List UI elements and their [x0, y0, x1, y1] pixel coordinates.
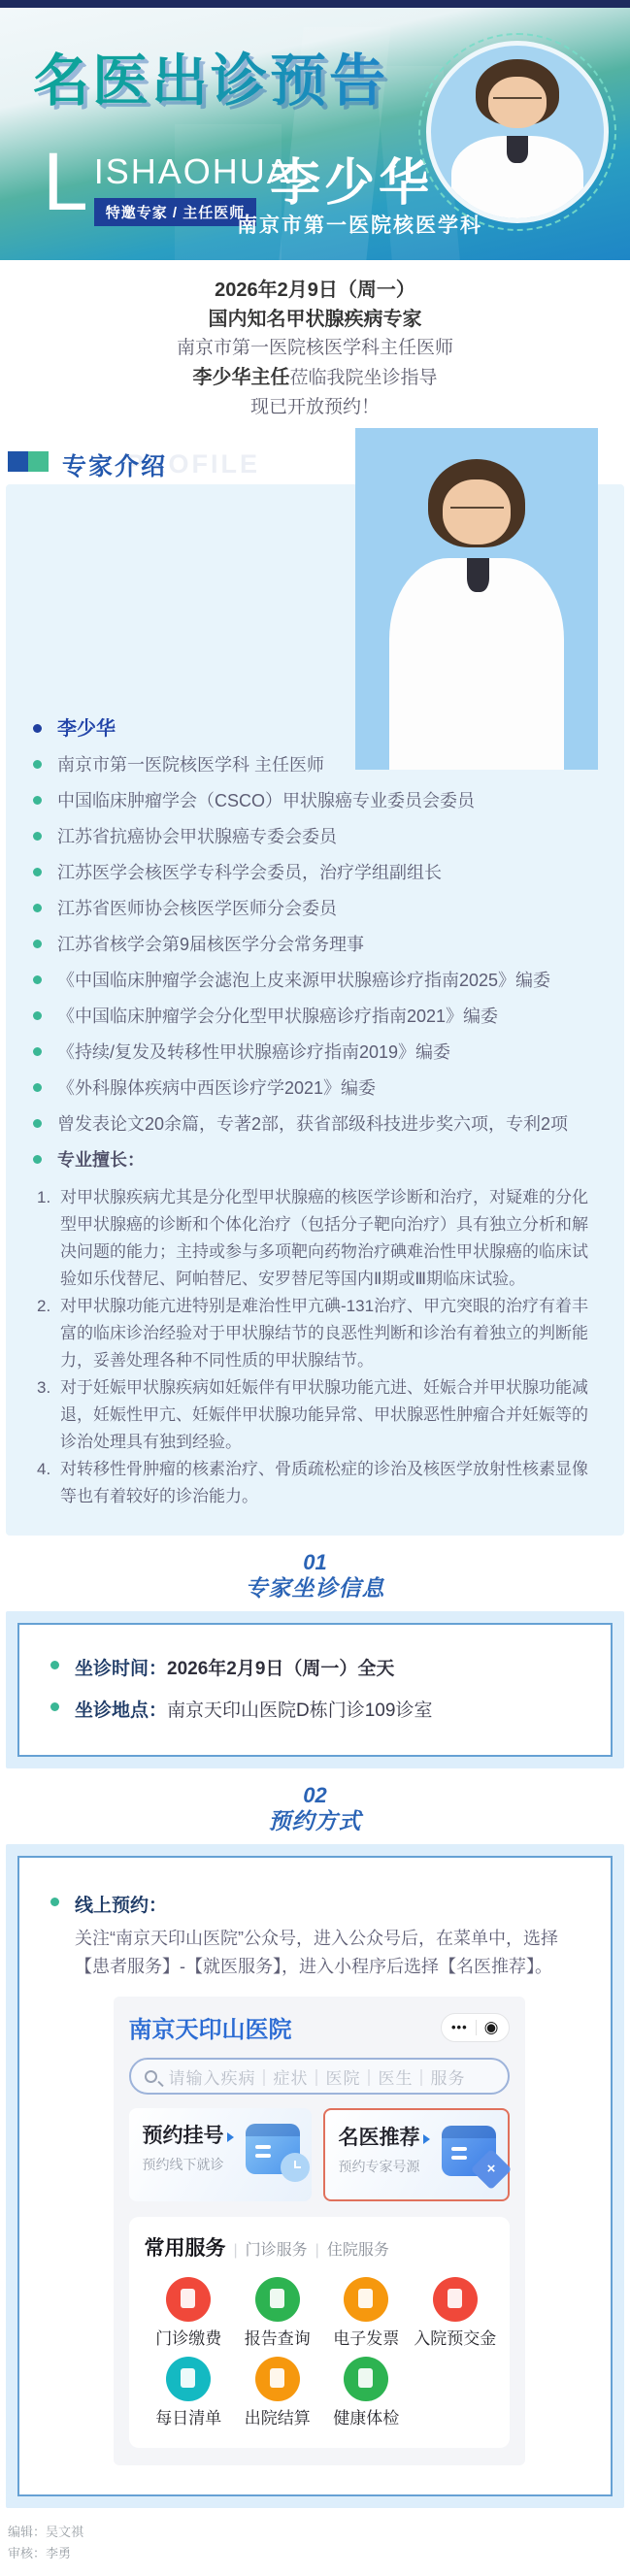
section01-number: 01 — [0, 1551, 630, 1574]
intro-open-booking: 现已开放预约！ — [0, 393, 630, 422]
article-page: 名医出诊预告 L ISHAOHUA 特邀专家 / 主任医师 李少华 南京市第一医… — [0, 0, 630, 2576]
banner: 名医出诊预告 L ISHAOHUA 特邀专家 / 主任医师 李少华 南京市第一医… — [0, 8, 630, 260]
list-item: 中国临床肿瘤学会（CSCO）甲状腺癌专业委员会委员 — [31, 789, 599, 812]
visit-place-value: 南京天印山医院D栋门诊109诊室 — [167, 1696, 432, 1722]
services-title: 常用服务 — [145, 2232, 226, 2262]
list-item: 江苏省核学会第9届核医学分会常务理事 — [31, 933, 599, 956]
list-item: 《中国临床肿瘤学会分化型甲状腺癌诊疗指南2021》编委 — [31, 1005, 599, 1028]
credential-text: 江苏省医师协会核医学医师分会委员 — [57, 897, 337, 920]
daily-list-icon — [166, 2357, 211, 2401]
visit-info-box: 坐诊时间： 2026年2月9日（周一）全天 坐诊地点： 南京天印山医院D栋门诊1… — [17, 1623, 613, 1757]
divider: | — [315, 2242, 319, 2260]
section01-strip: 坐诊时间： 2026年2月9日（周一）全天 坐诊地点： 南京天印山医院D栋门诊1… — [6, 1611, 624, 1768]
arrow-icon — [227, 2132, 234, 2142]
avatar-photo — [426, 41, 609, 223]
card-appointment-title: 预约挂号 — [143, 2120, 224, 2149]
blue-square-icon — [8, 451, 28, 472]
services-header: 常用服务 | 门诊服务 | 住院服务 — [145, 2232, 500, 2262]
capsule-divider — [476, 2020, 477, 2035]
credential-text: 《持续/复发及转移性甲状腺癌诊疗指南2019》编委 — [57, 1040, 450, 1064]
expert-badge: 特邀专家 / 主任医师 — [94, 198, 257, 226]
expertise-list: 对甲状腺疾病尤其是分化型甲状腺癌的核医学诊断和治疗，对疑难的分化型甲状腺癌的诊断… — [37, 1184, 599, 1510]
portrait-glasses — [450, 507, 504, 520]
intro-expert-title: 国内知名甲状腺疾病专家 — [0, 305, 630, 334]
avatar-glasses — [493, 97, 542, 104]
credential-name: 李少华 — [57, 717, 116, 741]
search-input[interactable]: 请输入疾病｜症状｜医院｜医生｜服务 — [129, 2058, 510, 2095]
editor-credit: 编辑：吴文祺 — [8, 2522, 630, 2543]
bullet-icon — [33, 1155, 42, 1164]
visit-place-row: 坐诊地点： 南京天印山医院D栋门诊109诊室 — [49, 1696, 593, 1722]
capsule-close-icon[interactable]: ◉ — [484, 2019, 499, 2035]
section01-title: 专家坐诊信息 — [0, 1574, 630, 1602]
list-item: 江苏医学会核医学专科学会委员，治疗学组副组长 — [31, 861, 599, 884]
banner-initial: L — [43, 144, 88, 219]
tab-outpatient-services[interactable]: 门诊服务 — [246, 2237, 308, 2260]
booking-box: 线上预约： 关注“南京天印山医院”公众号，进入公众号后，在菜单中，选择【患者服务… — [17, 1856, 613, 2496]
settlement-icon — [255, 2357, 300, 2401]
service-label: 每日清单 — [145, 2409, 234, 2428]
calendar-icon: × — [442, 2126, 496, 2176]
deposit-icon — [433, 2277, 478, 2322]
bullet-icon — [33, 940, 42, 948]
section02-number: 02 — [0, 1784, 630, 1807]
expertise-item: 对甲状腺功能亢进特别是难治性甲亢碘-131治疗、甲亢突眼的治疗有着丰富的临床诊治… — [37, 1293, 599, 1374]
list-item: 专业擅长： — [31, 1148, 599, 1172]
miniapp-header: 南京天印山医院 ••• ◉ — [129, 2010, 510, 2044]
report-icon — [255, 2277, 300, 2322]
list-item: 曾发表论文20余篇，专著2部，获省部级科技进步奖六项，专利2项 — [31, 1112, 599, 1136]
bullet-icon — [33, 1083, 42, 1092]
services-grid: 门诊缴费 报告查询 电子发票 入院预交金 — [145, 2277, 500, 2428]
service-health-checkup[interactable]: 健康体检 — [322, 2357, 412, 2428]
intro-block: 2026年2月9日（周一） 国内知名甲状腺疾病专家 南京市第一医院核医学科主任医… — [0, 260, 630, 444]
green-square-icon — [28, 451, 49, 472]
card-famous-doctor-title: 名医推荐 — [339, 2122, 420, 2151]
service-e-invoice[interactable]: 电子发票 — [322, 2277, 412, 2349]
bullet-icon — [33, 868, 42, 876]
clock-badge-icon — [281, 2153, 310, 2182]
credential-text: 《中国临床肿瘤学会分化型甲状腺癌诊疗指南2021》编委 — [57, 1005, 498, 1028]
close-glyph: × — [477, 2155, 506, 2184]
credential-text: 中国临床肿瘤学会（CSCO）甲状腺癌专业委员会委员 — [57, 789, 475, 812]
calendar-icon — [246, 2124, 300, 2174]
bullet-icon — [33, 760, 42, 769]
close-badge-icon: × — [470, 2149, 511, 2190]
expertise-item: 对甲状腺疾病尤其是分化型甲状腺癌的核医学诊断和治疗，对疑难的分化型甲状腺癌的诊断… — [37, 1184, 599, 1293]
feature-cards: 预约挂号 预约线下就诊 名医推荐 预约专家号源 × — [129, 2108, 510, 2201]
bullet-icon — [33, 1011, 42, 1020]
search-placeholder: 请输入疾病｜症状｜医院｜医生｜服务 — [169, 2064, 466, 2089]
service-label: 报告查询 — [233, 2329, 322, 2349]
service-label: 入院预交金 — [411, 2329, 500, 2349]
intro-visit-line: 李少华主任莅临我院坐诊指导 — [0, 363, 630, 393]
doctor-avatar — [418, 33, 616, 231]
expertise-label: 专业擅长： — [57, 1148, 145, 1172]
service-discharge-settlement[interactable]: 出院结算 — [233, 2357, 322, 2428]
bullet-icon — [50, 1898, 59, 1906]
section01-header: 01 专家坐诊信息 — [0, 1551, 630, 1602]
bullet-icon — [33, 975, 42, 984]
common-services-card: 常用服务 | 门诊服务 | 住院服务 门诊缴费 报告查询 — [129, 2217, 510, 2448]
credential-text: 《中国临床肿瘤学会滤泡上皮来源甲状腺癌诊疗指南2025》编委 — [57, 969, 550, 992]
credential-text: 曾发表论文20余篇，专著2部，获省部级科技进步奖六项，专利2项 — [57, 1112, 568, 1136]
expertise-item: 对于妊娠甲状腺疾病如妊娠伴有甲状腺功能亢进、妊娠合并甲状腺功能减退，妊娠性甲亢、… — [37, 1374, 599, 1456]
visit-time-row: 坐诊时间： 2026年2月9日（周一）全天 — [49, 1654, 593, 1680]
payment-icon — [166, 2277, 211, 2322]
avatar-collar — [507, 136, 527, 163]
portrait-collar — [467, 558, 489, 592]
search-icon — [145, 2070, 157, 2083]
profile-panel: 李少华 南京市第一医院核医学科 主任医师 中国临床肿瘤学会（CSCO）甲状腺癌专… — [6, 484, 624, 1536]
profile-section-title: 专家介绍 — [62, 447, 167, 482]
miniapp-title: 南京天印山医院 — [129, 2010, 292, 2044]
doctor-portrait-photo — [355, 428, 598, 770]
banner-title: 名医出诊预告 — [33, 35, 388, 116]
arrow-icon — [423, 2134, 430, 2144]
intro-doctor-bold: 李少华主任 — [192, 367, 289, 388]
bullet-icon — [33, 1119, 42, 1128]
invoice-icon — [344, 2277, 388, 2322]
visit-time-value: 2026年2月9日（周一）全天 — [167, 1654, 394, 1680]
bullet-icon — [50, 1702, 59, 1711]
bullet-icon — [33, 796, 42, 805]
reviewer-credit: 审核：李勇 — [8, 2543, 630, 2564]
credential-list: 李少华 南京市第一医院核医学科 主任医师 中国临床肿瘤学会（CSCO）甲状腺癌专… — [31, 717, 599, 1172]
credential-text: 江苏省核学会第9届核医学分会常务理事 — [57, 933, 364, 956]
list-item: 《中国临床肿瘤学会滤泡上皮来源甲状腺癌诊疗指南2025》编委 — [31, 969, 599, 992]
tab-inpatient-services[interactable]: 住院服务 — [327, 2237, 389, 2260]
card-famous-doctor[interactable]: 名医推荐 预约专家号源 × — [323, 2108, 510, 2201]
service-report-query[interactable]: 报告查询 — [233, 2277, 322, 2349]
bullet-icon — [50, 1661, 59, 1669]
section02-title: 预约方式 — [0, 1807, 630, 1834]
service-label: 电子发票 — [322, 2329, 412, 2349]
service-label: 健康体检 — [322, 2409, 412, 2428]
bullet-icon — [33, 724, 42, 733]
list-item: 《外科腺体疾病中西医诊疗学2021》编委 — [31, 1076, 599, 1100]
service-label: 出院结算 — [233, 2409, 322, 2428]
card-appointment[interactable]: 预约挂号 预约线下就诊 — [129, 2108, 312, 2201]
intro-visit-rest: 莅临我院坐诊指导 — [289, 368, 437, 388]
miniapp-screenshot: 南京天印山医院 ••• ◉ 请输入疾病｜症状｜医院｜医生｜服务 预约挂号 预约线… — [114, 1997, 525, 2465]
bullet-icon — [33, 904, 42, 912]
intro-date: 2026年2月9日（周一） — [0, 276, 630, 305]
online-booking-row: 线上预约： — [49, 1891, 589, 1917]
service-outpatient-payment[interactable]: 门诊缴费 — [145, 2277, 234, 2349]
list-item: 江苏省医师协会核医学医师分会委员 — [31, 897, 599, 920]
visit-place-label: 坐诊地点： — [75, 1696, 167, 1722]
bullet-icon — [33, 1047, 42, 1056]
visit-time-label: 坐诊时间： — [75, 1654, 167, 1680]
online-booking-label: 线上预约： — [75, 1891, 167, 1917]
booking-instructions: 关注“南京天印山医院”公众号，进入公众号后，在菜单中，选择【患者服务】-【就医服… — [75, 1925, 589, 1981]
credential-text: 《外科腺体疾病中西医诊疗学2021》编委 — [57, 1076, 376, 1100]
credential-text: 江苏省抗癌协会甲状腺癌专委会委员 — [57, 825, 337, 848]
list-item: 江苏省抗癌协会甲状腺癌专委会委员 — [31, 825, 599, 848]
wechat-capsule[interactable]: ••• ◉ — [441, 2013, 510, 2042]
intro-hospital-title: 南京市第一医院核医学科主任医师 — [0, 334, 630, 363]
list-item: 《持续/复发及转移性甲状腺癌诊疗指南2019》编委 — [31, 1040, 599, 1064]
banner-pinyin: ISHAOHUA — [94, 151, 292, 191]
credential-text: 江苏医学会核医学专科学会委员，治疗学组副组长 — [57, 861, 442, 884]
expertise-item: 对转移性骨肿瘤的核素治疗、骨质疏松症的诊治及核医学放射性核素显像等也有着较好的诊… — [37, 1456, 599, 1510]
doctor-name: 李少华 — [270, 142, 433, 215]
article-footer: 编辑：吴文祺 审核：李勇 — [0, 2508, 630, 2576]
checkup-icon — [344, 2357, 388, 2401]
section02-strip: 线上预约： 关注“南京天印山医院”公众号，进入公众号后，在菜单中，选择【患者服务… — [6, 1844, 624, 2508]
section02-header: 02 预约方式 — [0, 1784, 630, 1834]
service-admission-deposit[interactable]: 入院预交金 — [411, 2277, 500, 2349]
bullet-icon — [33, 832, 42, 841]
more-icon[interactable]: ••• — [451, 2020, 468, 2034]
service-label: 门诊缴费 — [145, 2329, 234, 2349]
service-daily-list[interactable]: 每日清单 — [145, 2357, 234, 2428]
divider: | — [234, 2242, 238, 2260]
top-navy-bar — [0, 0, 630, 8]
credential-text: 南京市第一医院核医学科 主任医师 — [57, 753, 324, 776]
